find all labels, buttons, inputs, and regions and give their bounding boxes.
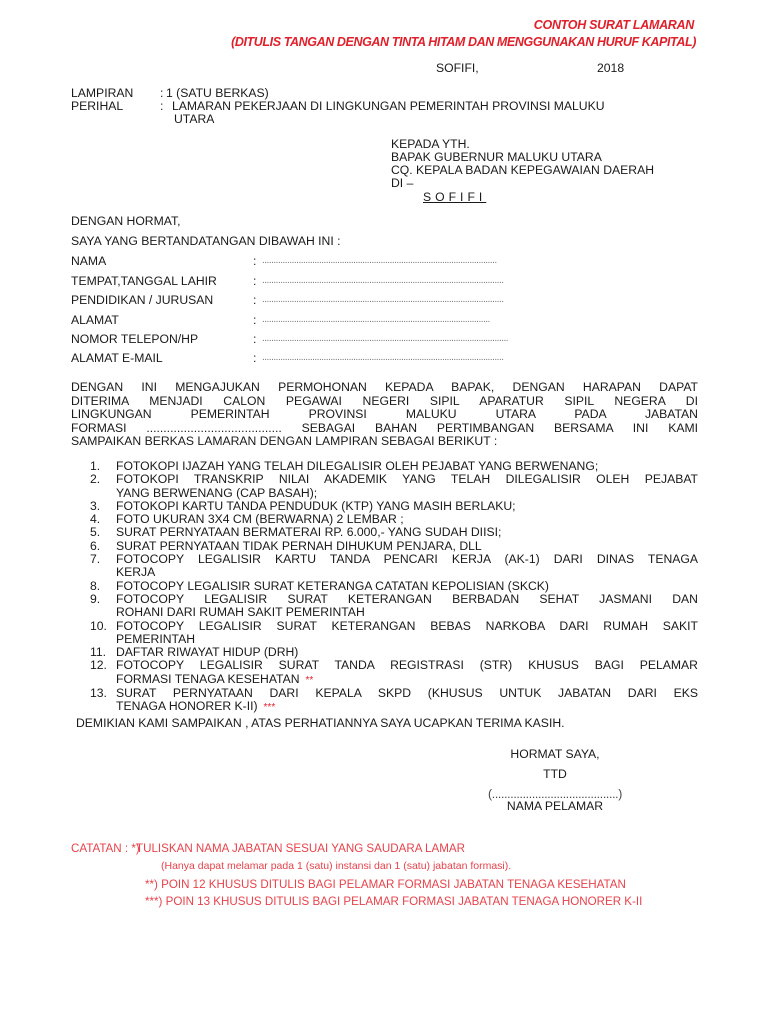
lampiran-value: 1 (SATU BERKAS) (166, 86, 269, 100)
list-item-number: 13. (90, 687, 116, 715)
list-item-number: 3. (90, 500, 116, 513)
applicant-name-label: NAMA PELAMAR (470, 799, 640, 813)
list-item-line: SURAT PERNYATAAN TIDAK PERNAH DIHUKUM PE… (116, 539, 482, 553)
list-item-number: 7. (90, 553, 116, 580)
intro-line: SAYA YANG BERTANDATANGAN DIBAWAH INI : (71, 234, 341, 248)
list-item-line: ROHANI DARI RUMAH SAKIT PEMERINTAH (116, 605, 365, 619)
footnote-marker: *** (264, 702, 276, 713)
form-label: ALAMAT E-MAIL (71, 351, 163, 365)
paragraph-line: SAMPAIKAN BERKAS LAMARAN DENGAN LAMPIRAN… (71, 435, 698, 449)
form-colon: : (253, 332, 256, 346)
list-item-line: PEMERINTAH (116, 632, 195, 646)
list-item-line: FOTOKOPI TRANSKRIP NILAI AKADEMIK YANG T… (116, 472, 698, 486)
list-item-line: DAFTAR RIWAYAT HIDUP (DRH) (116, 645, 298, 659)
paragraph-line: DENGAN INI MENGAJUKAN PERMOHONAN KEPADA … (71, 381, 698, 395)
paragraph-line: LINGKUNGAN PEMERINTAH PROVINSI MALUKU UT… (71, 408, 698, 422)
document-title: CONTOH SURAT LAMARAN (534, 18, 694, 32)
list-item-text: FOTOKOPI TRANSKRIP NILAI AKADEMIK YANG T… (116, 473, 698, 486)
recipient-city: SOFIFI (423, 190, 486, 204)
note-3: ***) POIN 13 KHUSUS DITULIS BAGI PELAMAR… (145, 895, 642, 908)
form-fill-line[interactable]: ........................................… (262, 275, 504, 286)
closing-sentence: DEMIKIAN KAMI SAMPAIKAN , ATAS PERHATIAN… (76, 716, 565, 730)
footnote-marker: ** (306, 675, 314, 686)
form-label: PENDIDIKAN / JURUSAN (71, 293, 213, 307)
form-colon: : (253, 293, 256, 307)
perihal-value-line1: LAMARAN PEKERJAAN DI LINGKUNGAN PEMERINT… (172, 99, 605, 113)
perihal-value-line2: UTARA (174, 112, 214, 126)
list-item: 1.FOTOKOPI IJAZAH YANG TELAH DILEGALISIR… (90, 460, 698, 473)
form-colon: : (253, 254, 256, 268)
list-item-text: FOTOCOPY LEGALISIR SURAT KETERANGAN BERB… (116, 593, 698, 606)
list-item-text: FOTOCOPY LEGALISIR SURAT TANDA REGISTRAS… (116, 659, 698, 672)
paragraph-line: DITERIMA MENJADI CALON PEGAWAI NEGERI SI… (71, 395, 698, 409)
recipient-line4: DI – (391, 177, 413, 191)
recipient-line3: CQ. KEPALA BADAN KEPEGAWAIAN DAERAH (391, 164, 654, 178)
note-2: **) POIN 12 KHUSUS DITULIS BAGI PELAMAR … (145, 878, 626, 891)
list-item: 3.FOTOKOPI KARTU TANDA PENDUDUK (KTP) YA… (90, 500, 698, 513)
list-item-number: 5. (90, 526, 116, 539)
list-item-line: FOTOKOPI IJAZAH YANG TELAH DILEGALISIR O… (116, 459, 598, 473)
list-item-number: 8. (90, 580, 116, 593)
list-item-line: FOTOCOPY LEGALISIR SURAT KETERANGA CATAT… (116, 579, 549, 593)
list-item-line: FORMASI TENAGA KESEHATAN (116, 672, 300, 686)
list-item-text: FOTOCOPY LEGALISIR SURAT KETERANGA CATAT… (116, 580, 698, 593)
form-colon: : (253, 274, 256, 288)
list-item-line: KERJA (116, 565, 155, 579)
list-item-line: FOTO UKURAN 3X4 CM (BERWARNA) 2 LEMBAR ; (116, 512, 404, 526)
list-item-line: FOTOCOPY LEGALISIR KARTU TANDA PENCARI K… (116, 552, 698, 566)
list-item-text: FOTOKOPI KARTU TANDA PENDUDUK (KTP) YANG… (116, 500, 698, 513)
list-item-number: 9. (90, 593, 116, 620)
form-colon: : (253, 313, 256, 327)
list-item-text: PEMERINTAH (116, 633, 698, 646)
form-label: TEMPAT,TANGGAL LAHIR (71, 274, 217, 288)
list-item: 13.SURAT PERNYATAAN DARI KEPALA SKPD (KH… (90, 687, 698, 715)
list-item: 10.FOTOCOPY LEGALISIR SURAT KETERANGAN B… (90, 620, 698, 647)
list-item-text: FOTO UKURAN 3X4 CM (BERWARNA) 2 LEMBAR ; (116, 513, 698, 526)
list-item-text: KERJA (116, 566, 698, 579)
form-colon: : (253, 351, 256, 365)
list-item-text: TENAGA HONORER K-II)*** (116, 700, 698, 714)
list-item: 5.SURAT PERNYATAAN BERMATERAI RP. 6.000,… (90, 526, 698, 539)
paragraph-line: FORMASI ................................… (71, 422, 698, 436)
form-label: ALAMAT (71, 313, 119, 327)
list-item-text: SURAT PERNYATAAN DARI KEPALA SKPD (KHUSU… (116, 687, 698, 700)
regards: HORMAT SAYA, (470, 747, 640, 761)
form-label: NAMA (71, 254, 106, 268)
list-item: 7.FOTOCOPY LEGALISIR KARTU TANDA PENCARI… (90, 553, 698, 580)
lampiran-colon: : (160, 86, 163, 100)
perihal-label: PERIHAL (71, 99, 123, 113)
list-item-line: TENAGA HONORER K-II) (116, 699, 258, 713)
form-fill-line[interactable]: ........................................… (262, 333, 508, 344)
note-1-sub: (Hanya dapat melamar pada 1 (satu) insta… (161, 860, 511, 872)
list-item-number: 11. (90, 646, 116, 659)
perihal-colon: : (160, 99, 163, 113)
list-item: 2.FOTOKOPI TRANSKRIP NILAI AKADEMIK YANG… (90, 473, 698, 500)
list-item-number: 10. (90, 620, 116, 647)
list-item: 9.FOTOCOPY LEGALISIR SURAT KETERANGAN BE… (90, 593, 698, 620)
list-item-line: FOTOCOPY LEGALISIR SURAT TANDA REGISTRAS… (116, 658, 698, 672)
list-item-number: 6. (90, 540, 116, 553)
list-item: 4.FOTO UKURAN 3X4 CM (BERWARNA) 2 LEMBAR… (90, 513, 698, 526)
form-fill-line[interactable]: ........................................… (262, 255, 497, 266)
document-instruction: (DITULIS TANGAN DENGAN TINTA HITAM DAN M… (231, 35, 696, 49)
list-item-text: FOTOCOPY LEGALISIR SURAT KETERANGAN BEBA… (116, 620, 698, 633)
list-item-text: SURAT PERNYATAAN TIDAK PERNAH DIHUKUM PE… (116, 540, 698, 553)
list-item-text: SURAT PERNYATAAN BERMATERAI RP. 6.000,- … (116, 526, 698, 539)
form-fill-line[interactable]: ........................................… (262, 314, 490, 325)
list-item-line: FOTOKOPI KARTU TANDA PENDUDUK (KTP) YANG… (116, 499, 516, 513)
lampiran-label: LAMPIRAN (71, 86, 133, 100)
form-fill-line[interactable]: ........................................… (262, 352, 504, 363)
list-item-line: FOTOCOPY LEGALISIR SURAT KETERANGAN BERB… (116, 592, 698, 606)
list-item-line: YANG BERWENANG (CAP BASAH); (116, 486, 317, 500)
list-item-line: SURAT PERNYATAAN BERMATERAI RP. 6.000,- … (116, 525, 501, 539)
list-item-number: 2. (90, 473, 116, 500)
application-paragraph: DENGAN INI MENGAJUKAN PERMOHONAN KEPADA … (71, 381, 698, 449)
attachment-list: 1.FOTOKOPI IJAZAH YANG TELAH DILEGALISIR… (90, 460, 698, 715)
list-item-number: 4. (90, 513, 116, 526)
letter-place: SOFIFI, (436, 61, 479, 75)
note-1: TULISKAN NAMA JABATAN SESUAI YANG SAUDAR… (136, 842, 465, 855)
list-item-line: SURAT PERNYATAAN DARI KEPALA SKPD (KHUSU… (116, 686, 698, 700)
form-fill-line[interactable]: ........................................… (262, 294, 504, 305)
list-item-text: FOTOCOPY LEGALISIR KARTU TANDA PENCARI K… (116, 553, 698, 566)
list-item-number: 1. (90, 460, 116, 473)
list-item-text: FOTOKOPI IJAZAH YANG TELAH DILEGALISIR O… (116, 460, 698, 473)
notes-label: CATATAN : *) (71, 842, 140, 855)
list-item-text: FORMASI TENAGA KESEHATAN** (116, 673, 698, 687)
list-item: 11.DAFTAR RIWAYAT HIDUP (DRH) (90, 646, 698, 659)
list-item-text: YANG BERWENANG (CAP BASAH); (116, 487, 698, 500)
form-label: NOMOR TELEPON/HP (71, 332, 198, 346)
list-item: 8.FOTOCOPY LEGALISIR SURAT KETERANGA CAT… (90, 580, 698, 593)
signature-ttd: TTD (470, 767, 640, 781)
list-item-line: FOTOCOPY LEGALISIR SURAT KETERANGAN BEBA… (116, 619, 698, 633)
list-item-text: ROHANI DARI RUMAH SAKIT PEMERINTAH (116, 606, 698, 619)
greeting: DENGAN HORMAT, (71, 214, 180, 228)
list-item-text: DAFTAR RIWAYAT HIDUP (DRH) (116, 646, 698, 659)
list-item: 6.SURAT PERNYATAAN TIDAK PERNAH DIHUKUM … (90, 540, 698, 553)
list-item: 12.FOTOCOPY LEGALISIR SURAT TANDA REGIST… (90, 659, 698, 687)
letter-year: 2018 (597, 61, 624, 75)
list-item-number: 12. (90, 659, 116, 687)
